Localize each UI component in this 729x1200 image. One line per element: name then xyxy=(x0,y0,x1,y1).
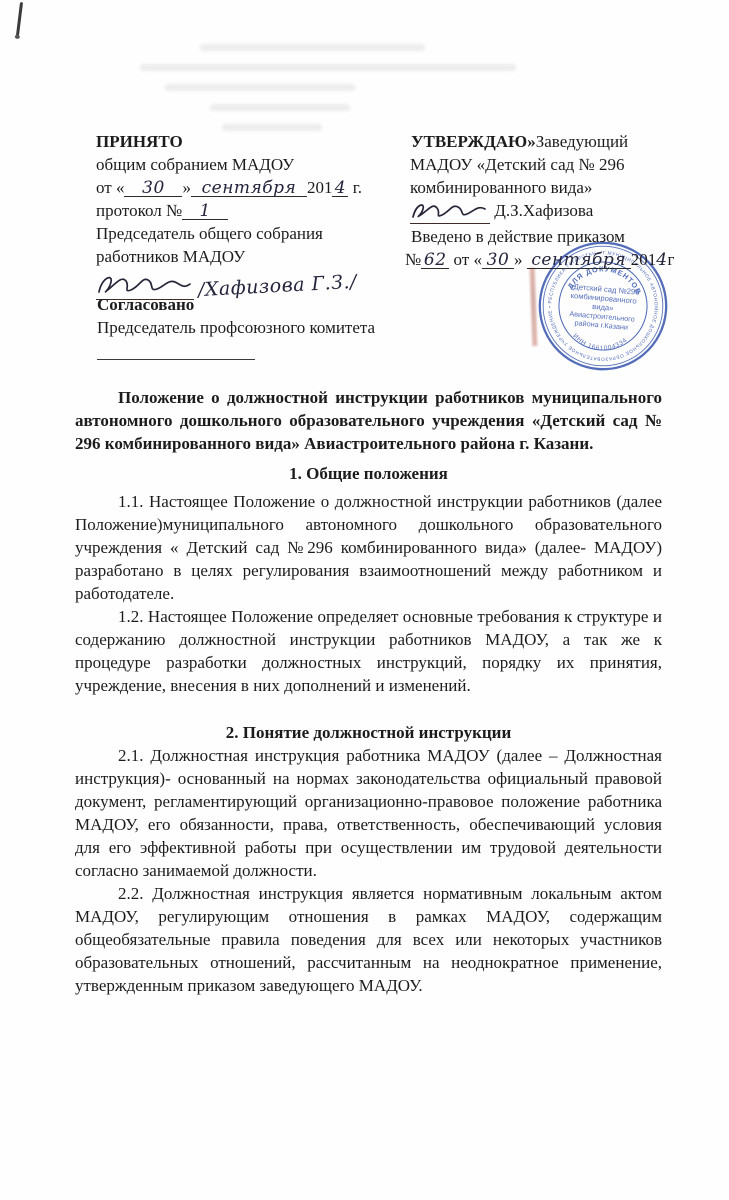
order-line2: №62 от «30» сентября2014г xyxy=(405,248,725,271)
order-line1: Введено в действие приказом xyxy=(405,225,725,248)
approved-line1: общим собранием МАДОУ xyxy=(96,153,416,176)
protocol-line: протокол №1 xyxy=(96,199,416,222)
agreed-title: Согласовано xyxy=(97,293,375,316)
utverzhdayu-block: УТВЕРЖДАЮ»Заведующий МАДОУ «Детский сад … xyxy=(405,130,725,271)
approved-block: ПРИНЯТО общим собранием МАДОУ от «30»сен… xyxy=(96,130,416,300)
utverzhdayu-line1: МАДОУ «Детский сад № 296 xyxy=(405,153,725,176)
approved-title: ПРИНЯТО xyxy=(96,130,416,153)
handwritten-order-month: сентября xyxy=(531,250,626,270)
approver-signature-row: Д.З.Хафизова xyxy=(405,199,725,225)
handwritten-year-digit: 4 xyxy=(335,178,346,198)
approver-signature-scribble-icon xyxy=(410,200,488,222)
handwritten-order-year-digit: 4 xyxy=(656,250,667,270)
paragraph-2-1: 2.1. Должностная инструкция работника МА… xyxy=(75,744,662,882)
handwritten-order-day: 30 xyxy=(487,250,510,270)
approver-name: Д.З.Хафизова xyxy=(494,201,593,220)
utverzhdayu-title: УТВЕРЖДАЮ»Заведующий xyxy=(405,130,725,153)
document-title: Положение о должностной инструкции работ… xyxy=(75,386,662,455)
agreed-signature-line xyxy=(97,359,255,360)
agreed-block: Согласовано Председатель профсоюзного ко… xyxy=(97,293,375,360)
approved-line4: Председатель общего собрания xyxy=(96,222,416,245)
section2-heading: 2. Понятие должностной инструкции xyxy=(75,721,662,744)
utverzhdayu-line2: комбинированного вида» xyxy=(405,176,725,199)
bleedthrough-text xyxy=(180,44,516,144)
section1-heading: 1. Общие положения xyxy=(75,462,662,485)
document-page: ПРИНЯТО общим собранием МАДОУ от «30»сен… xyxy=(0,0,729,1200)
approved-date-line: от «30»сентября2014 г. xyxy=(96,176,416,199)
pen-stroke-mark xyxy=(16,2,23,36)
agreed-line1: Председатель профсоюзного комитета xyxy=(97,316,375,339)
handwritten-month: сентября xyxy=(202,178,297,198)
handwritten-protocol-number: 1 xyxy=(200,201,211,221)
paragraph-2-2: 2.2. Должностная инструкция является нор… xyxy=(75,882,662,997)
handwritten-day: 30 xyxy=(142,178,165,198)
paragraph-1-2: 1.2. Настоящее Положение определяет осно… xyxy=(75,605,662,697)
handwritten-order-number: 62 xyxy=(424,250,447,270)
paragraph-1-1: 1.1. Настоящее Положение о должностной и… xyxy=(75,490,662,605)
document-body: Положение о должностной инструкции работ… xyxy=(75,386,662,997)
approved-line5: работников МАДОУ xyxy=(96,245,416,268)
